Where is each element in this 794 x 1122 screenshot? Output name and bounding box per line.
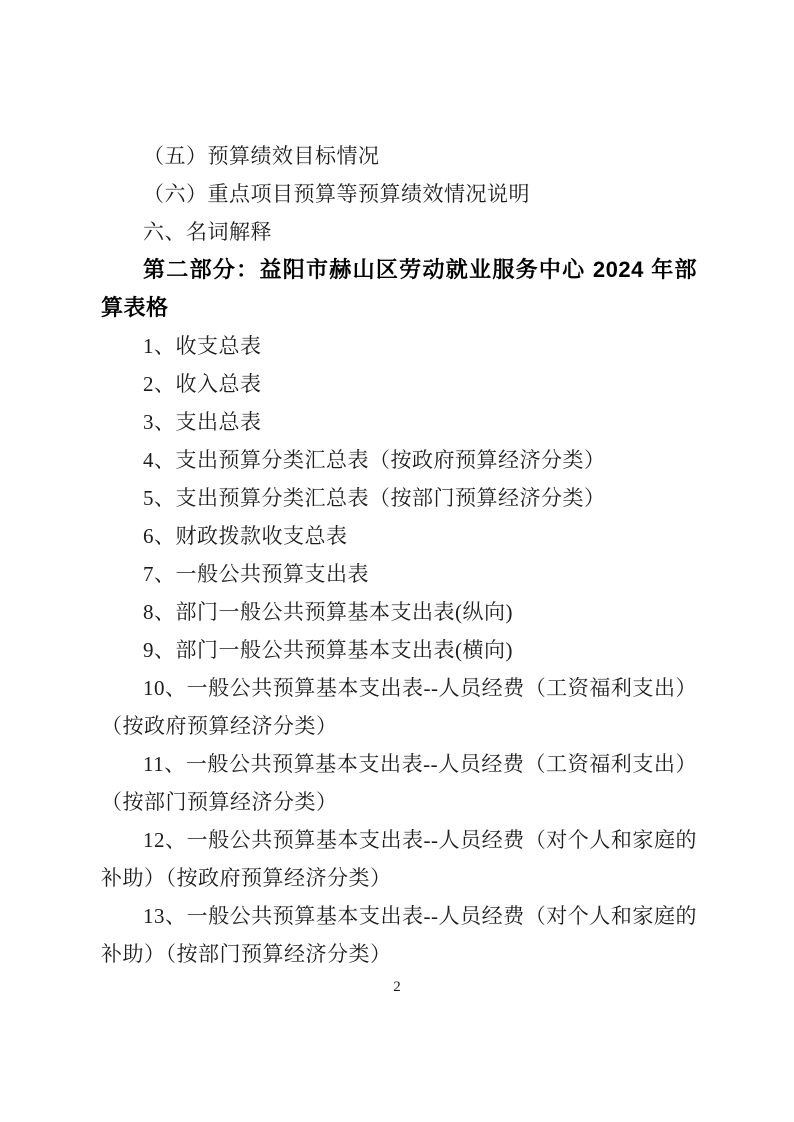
document-line: 9、部门一般公共预算基本支出表(横向) xyxy=(101,631,697,669)
document-line: （按部门预算经济分类） xyxy=(101,783,697,821)
document-line: 11、一般公共预算基本支出表--人员经费（工资福利支出） xyxy=(101,745,697,783)
document-line: 7、一般公共预算支出表 xyxy=(101,555,697,593)
document-line: 10、一般公共预算基本支出表--人员经费（工资福利支出） xyxy=(101,669,697,707)
document-line: （按政府预算经济分类） xyxy=(101,707,697,745)
document-line: 补助）（按部门预算经济分类） xyxy=(101,935,697,973)
section-heading-line: 算表格 xyxy=(101,289,697,327)
document-line: 4、支出预算分类汇总表（按政府预算经济分类） xyxy=(101,441,697,479)
page-number: 2 xyxy=(0,972,794,1002)
document-line: （六）重点项目预算等预算绩效情况说明 xyxy=(101,175,697,213)
document-line: 13、一般公共预算基本支出表--人员经费（对个人和家庭的 xyxy=(101,897,697,935)
document-page: （五）预算绩效目标情况（六）重点项目预算等预算绩效情况说明六、名词解释第二部分：… xyxy=(0,0,794,1122)
document-line: 8、部门一般公共预算基本支出表(纵向) xyxy=(101,593,697,631)
document-line: 1、收支总表 xyxy=(101,327,697,365)
section-heading-line: 第二部分：益阳市赫山区劳动就业服务中心 2024 年部门预 xyxy=(101,251,697,289)
document-line: 12、一般公共预算基本支出表--人员经费（对个人和家庭的 xyxy=(101,821,697,859)
document-line: 六、名词解释 xyxy=(101,213,697,251)
document-line: 3、支出总表 xyxy=(101,403,697,441)
document-line: 2、收入总表 xyxy=(101,365,697,403)
document-line: （五）预算绩效目标情况 xyxy=(101,137,697,175)
document-line: 5、支出预算分类汇总表（按部门预算经济分类） xyxy=(101,479,697,517)
document-body: （五）预算绩效目标情况（六）重点项目预算等预算绩效情况说明六、名词解释第二部分：… xyxy=(101,137,697,973)
document-line: 补助）（按政府预算经济分类） xyxy=(101,859,697,897)
document-line: 6、财政拨款收支总表 xyxy=(101,517,697,555)
